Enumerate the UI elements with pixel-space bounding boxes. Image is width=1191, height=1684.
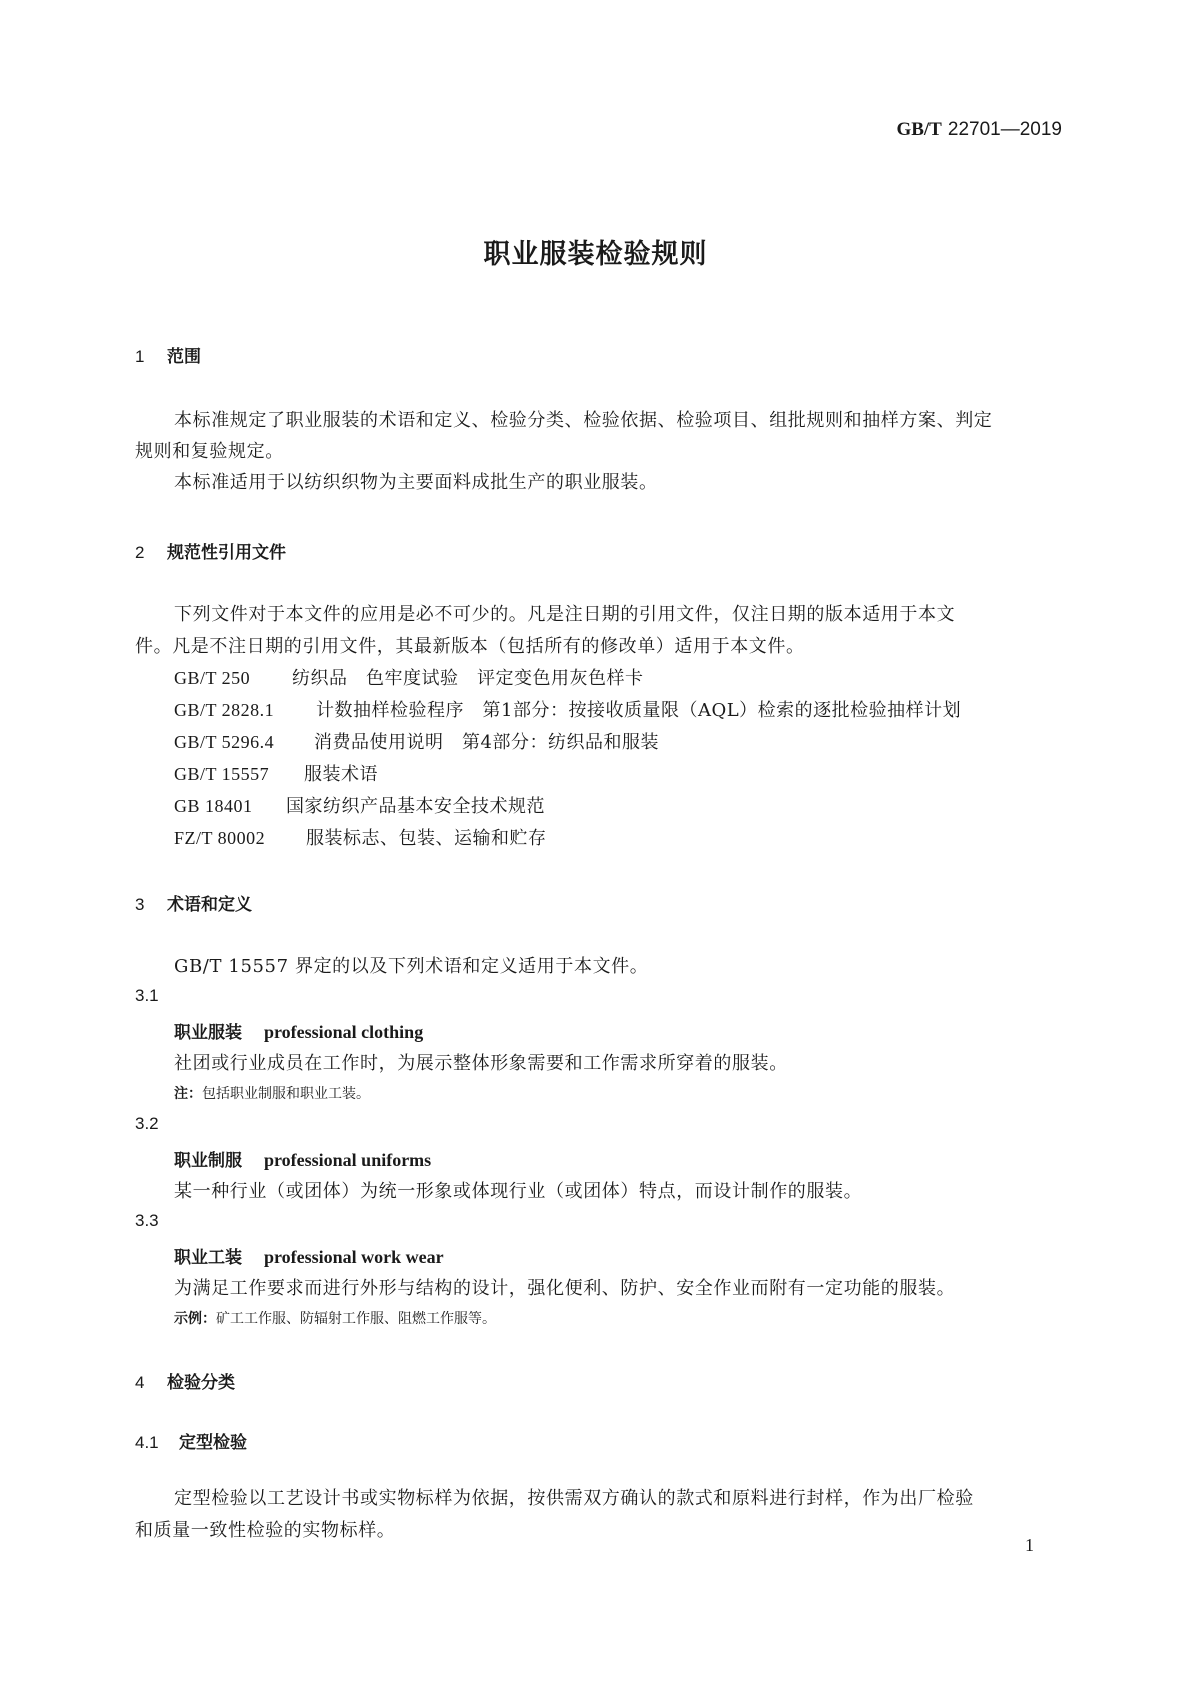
- term-zh: 职业服装: [174, 1023, 242, 1043]
- term-zh: 职业制服: [174, 1151, 242, 1171]
- example-label: 示例：: [174, 1311, 216, 1327]
- reference-code: GB/T 2828.1: [174, 700, 316, 721]
- paragraph: 定型检验以工艺设计书或实物标样为依据，按供需双方确认的款式和原料进行封样，作为出…: [174, 1484, 974, 1510]
- reference-title: 纺织品 色牢度试验 评定变色用灰色样卡: [292, 668, 644, 689]
- reference-title: 服装标志、包装、运输和贮存: [306, 828, 547, 849]
- term-en: professional uniforms: [264, 1150, 431, 1170]
- section-title: 范围: [167, 347, 201, 367]
- term-en: professional work wear: [264, 1247, 444, 1267]
- reference-item: FZ/T 80002服装标志、包装、运输和贮存: [174, 824, 547, 850]
- reference-code: GB 18401: [174, 796, 286, 817]
- section-1-heading: 1范围: [135, 342, 201, 367]
- term-number: 3.2: [135, 1114, 159, 1134]
- standard-prefix: GB/T: [896, 119, 941, 140]
- note-text: 包括职业制服和职业工装。: [202, 1086, 370, 1102]
- term-definition: 某一种行业（或团体）为统一形象或体现行业（或团体）特点，而设计制作的服装。: [174, 1177, 862, 1203]
- reference-item: GB 18401国家纺织产品基本安全技术规范: [174, 792, 545, 818]
- standard-code: GB/T 22701—2019: [896, 118, 1062, 141]
- section-4-heading: 4检验分类: [135, 1368, 235, 1393]
- reference-title: 计数抽样检验程序 第1部分：按接收质量限（AQL）检索的逐批检验抽样计划: [316, 700, 961, 721]
- section-title: 检验分类: [167, 1373, 235, 1393]
- term-zh: 职业工装: [174, 1248, 242, 1268]
- term-definition: 为满足工作要求而进行外形与结构的设计，强化便利、防护、安全作业而附有一定功能的服…: [174, 1274, 955, 1300]
- term-definition: 社团或行业成员在工作时，为展示整体形象需要和工作需求所穿着的服装。: [174, 1049, 788, 1075]
- term-number: 3.3: [135, 1211, 159, 1231]
- subsection-4-1-heading: 4.1定型检验: [135, 1428, 247, 1453]
- reference-code: GB/T 250: [174, 668, 292, 689]
- term-note: 注：包括职业制服和职业工装。: [174, 1083, 370, 1103]
- section-2-heading: 2规范性引用文件: [135, 538, 286, 563]
- term-heading: 职业服装professional clothing: [174, 1018, 423, 1043]
- term-example: 示例：矿工工作服、防辐射工作服、阻燃工作服等。: [174, 1308, 496, 1328]
- term-number: 3.1: [135, 986, 159, 1006]
- reference-code: GB/T 5296.4: [174, 732, 314, 753]
- reference-item: GB/T 250纺织品 色牢度试验 评定变色用灰色样卡: [174, 664, 644, 690]
- standard-number: 22701—2019: [948, 119, 1062, 140]
- term-heading: 职业工装professional work wear: [174, 1243, 444, 1268]
- paragraph: 本标准适用于以纺织织物为主要面料成批生产的职业服装。: [174, 468, 658, 494]
- reference-title: 国家纺织产品基本安全技术规范: [286, 796, 545, 817]
- reference-item: GB/T 5296.4消费品使用说明 第4部分：纺织品和服装: [174, 728, 659, 754]
- subsection-number: 4.1: [135, 1433, 179, 1453]
- section-number: 2: [135, 543, 167, 563]
- reference-code: GB/T 15557: [174, 764, 304, 785]
- section-title: 术语和定义: [167, 895, 252, 915]
- section-number: 1: [135, 347, 167, 367]
- paragraph: 下列文件对于本文件的应用是必不可少的。凡是注日期的引用文件，仅注日期的版本适用于…: [174, 600, 955, 626]
- paragraph: 本标准规定了职业服装的术语和定义、检验分类、检验依据、检验项目、组批规则和抽样方…: [174, 406, 992, 432]
- section-number: 3: [135, 895, 167, 915]
- paragraph: GB/T 15557 界定的以及下列术语和定义适用于本文件。: [174, 952, 648, 978]
- section-number: 4: [135, 1373, 167, 1393]
- term-en: professional clothing: [264, 1022, 423, 1042]
- paragraph: 和质量一致性检验的实物标样。: [135, 1516, 395, 1542]
- reference-item: GB/T 2828.1计数抽样检验程序 第1部分：按接收质量限（AQL）检索的逐…: [174, 696, 961, 722]
- reference-code: FZ/T 80002: [174, 828, 306, 849]
- paragraph: 件。凡是不注日期的引用文件，其最新版本（包括所有的修改单）适用于本文件。: [135, 632, 805, 658]
- paragraph: 规则和复验规定。: [135, 437, 284, 463]
- reference-item: GB/T 15557服装术语: [174, 760, 378, 786]
- document-title: 职业服装检验规则: [0, 232, 1191, 271]
- note-label: 注：: [174, 1086, 202, 1102]
- reference-title: 消费品使用说明 第4部分：纺织品和服装: [314, 732, 659, 753]
- term-heading: 职业制服professional uniforms: [174, 1146, 431, 1171]
- reference-title: 服装术语: [304, 764, 378, 785]
- example-text: 矿工工作服、防辐射工作服、阻燃工作服等。: [216, 1311, 496, 1327]
- section-title: 规范性引用文件: [167, 543, 286, 563]
- section-3-heading: 3术语和定义: [135, 890, 252, 915]
- subsection-title: 定型检验: [179, 1433, 247, 1453]
- page-number: 1: [1025, 1535, 1034, 1556]
